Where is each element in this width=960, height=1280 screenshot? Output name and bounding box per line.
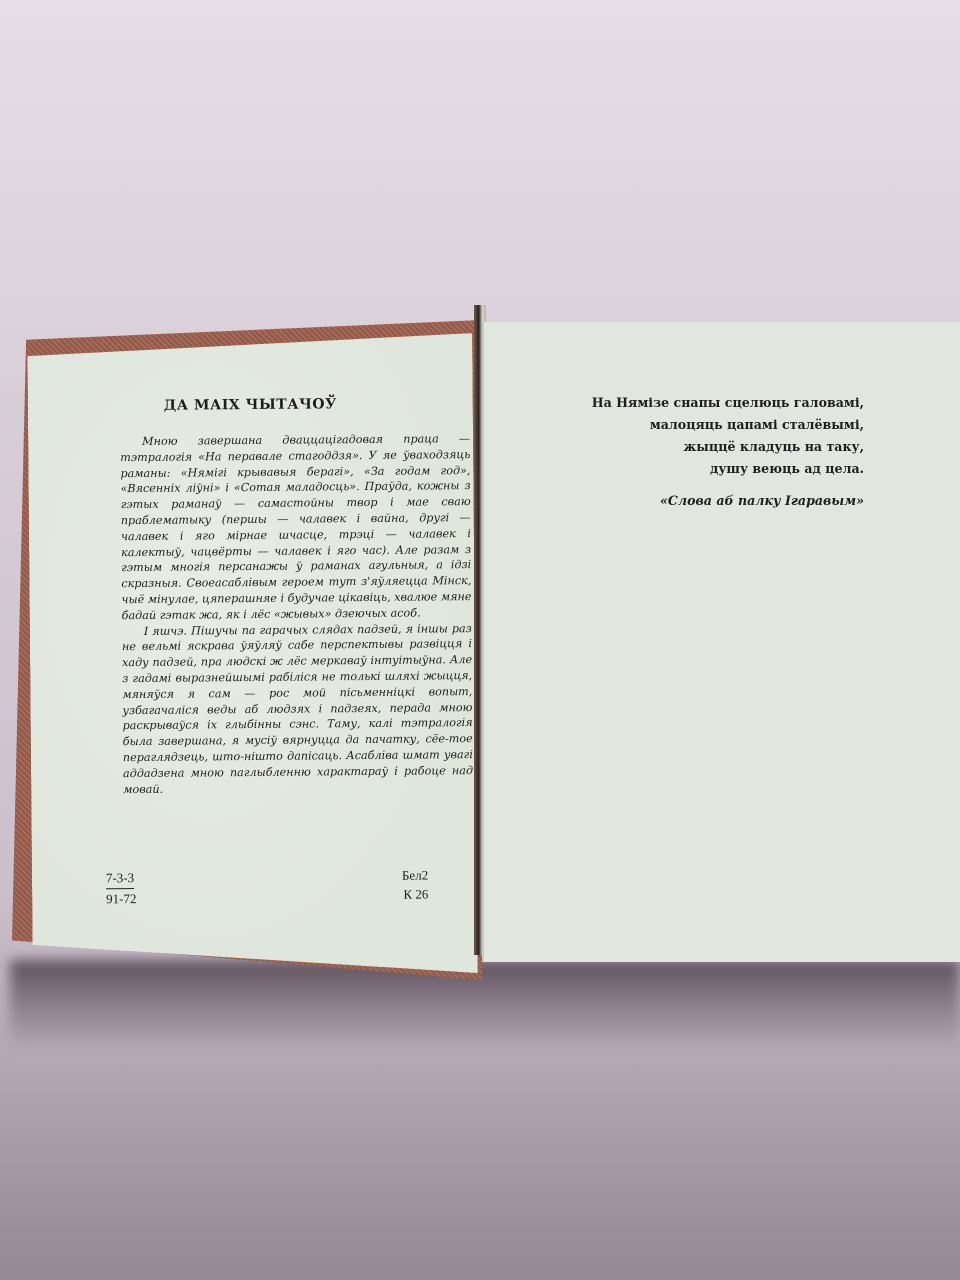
preface-text: Мною завершана дваццацігадовая праца — т… (120, 431, 473, 797)
epigraph-line: На Нямізе снапы сцелюць галовамі, (592, 392, 864, 414)
right-page: На Нямізе снапы сцелюць галовамі, малоця… (482, 322, 960, 962)
imprint-code-left: 7-3-3 91-72 (106, 868, 137, 908)
table-shadow (10, 960, 960, 1050)
preface-paragraph: І яшчэ. Пішучы па гарачых слядах падзей,… (122, 621, 474, 798)
page-title: ДА МАІХ ЧЫТАЧОЎ (28, 395, 473, 415)
epigraph-line: жыццё кладуць на таку, (592, 436, 864, 458)
left-page: ДА МАІХ ЧЫТАЧОЎ Мною завершана дваццаціг… (27, 333, 478, 977)
imprint-code-right: Бел2 К 26 (402, 865, 429, 903)
epigraph: На Нямізе снапы сцелюць галовамі, малоця… (592, 392, 864, 512)
epigraph-line: малоцяць цапамі сталёвымі, (592, 414, 864, 436)
epigraph-line: душу веюць ад цела. (592, 458, 864, 480)
epigraph-attribution: «Слова аб палку Ігаравым» (592, 490, 864, 512)
preface-paragraph: Мною завершана дваццацігадовая праца — т… (120, 431, 472, 624)
